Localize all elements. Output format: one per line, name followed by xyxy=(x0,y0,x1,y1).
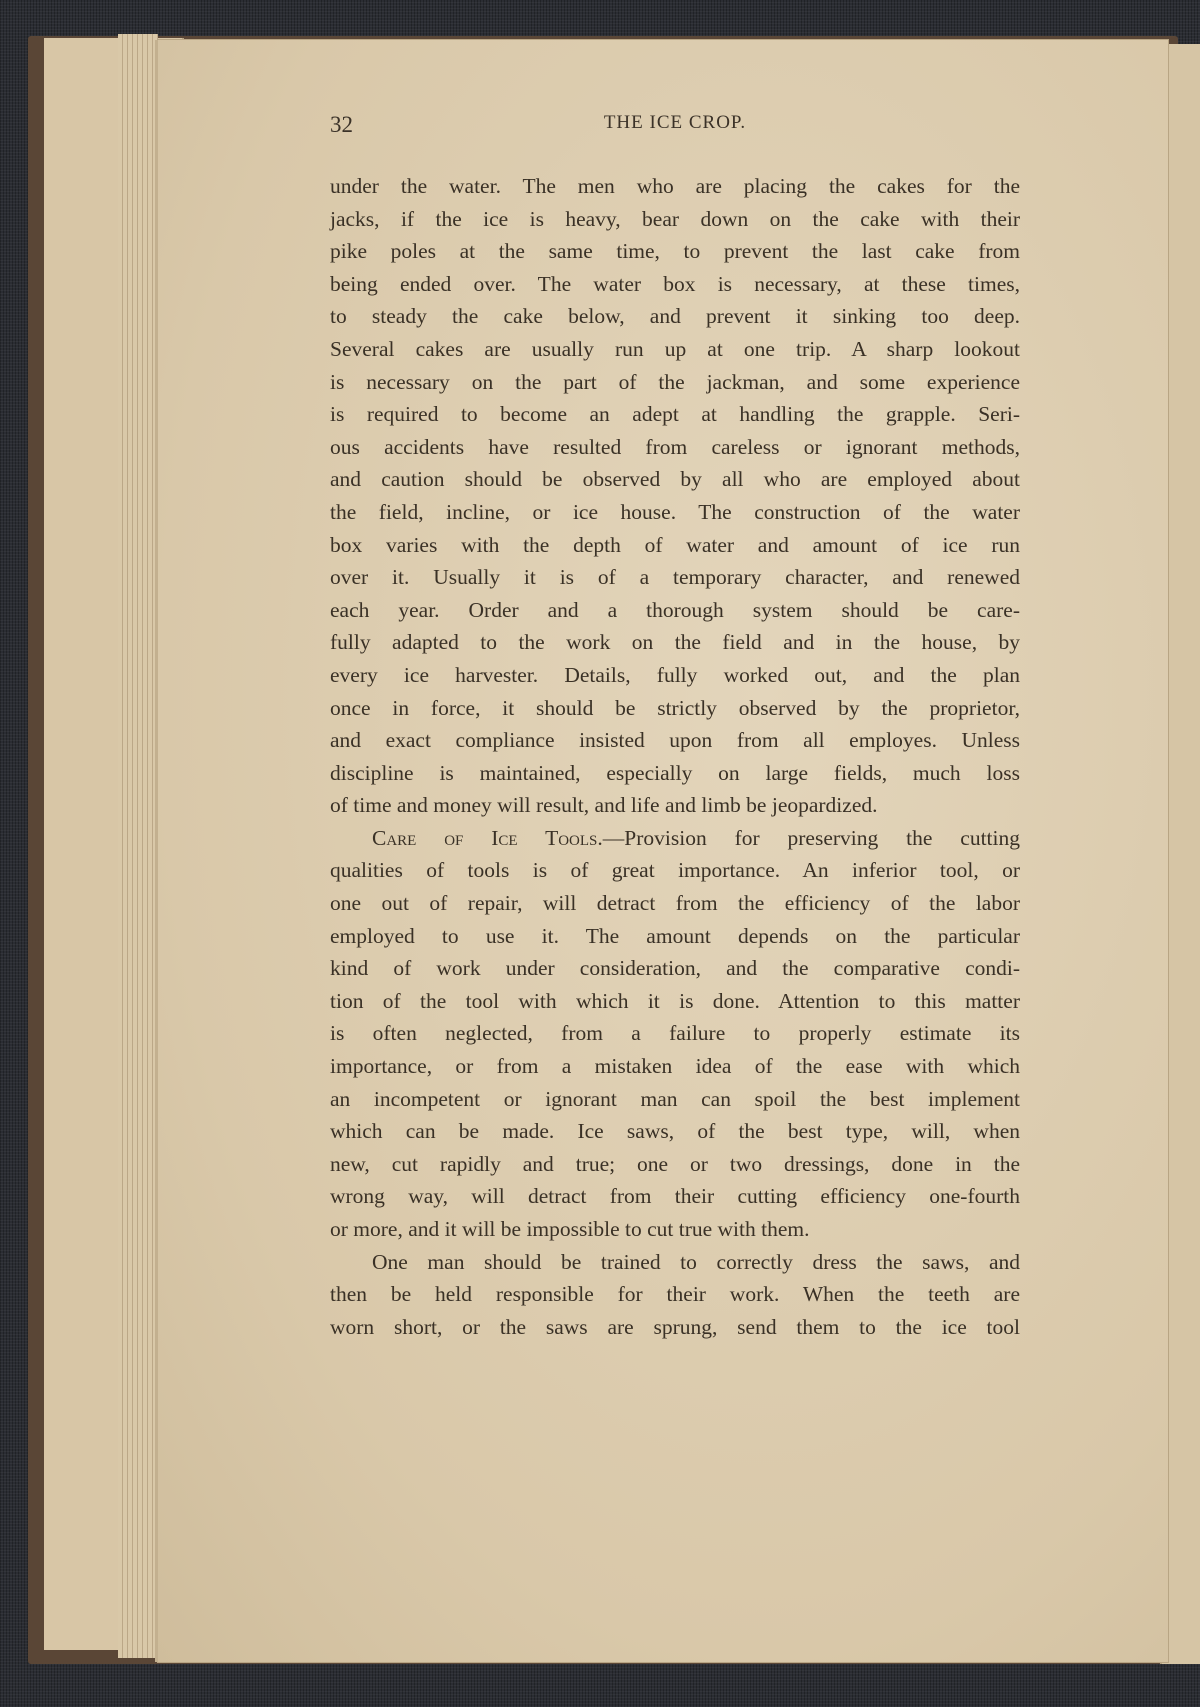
text-line: every ice harvester. Details, fully work… xyxy=(330,659,1020,692)
paragraph-3: One man should be trained to correctly d… xyxy=(330,1246,1020,1344)
text-line: employed to use it. The amount depends o… xyxy=(330,920,1020,953)
text-line: ous accidents have resulted from careles… xyxy=(330,431,1020,464)
text-line: new, cut rapidly and true; one or two dr… xyxy=(330,1148,1020,1181)
text-line: One man should be trained to correctly d… xyxy=(330,1246,1020,1279)
text-line: or more, and it will be impossible to cu… xyxy=(330,1213,1020,1246)
text-line: which can be made. Ice saws, of the best… xyxy=(330,1115,1020,1148)
text-line: wrong way, will detract from their cutti… xyxy=(330,1180,1020,1213)
text-line: Several cakes are usually run up at one … xyxy=(330,333,1020,366)
section-heading: Care of Ice Tools. xyxy=(372,826,603,850)
running-head: THE ICE CROP. xyxy=(330,112,1020,134)
text-line: box varies with the depth of water and a… xyxy=(330,529,1020,562)
text-line: and caution should be observed by all wh… xyxy=(330,463,1020,496)
text-line: once in force, it should be strictly obs… xyxy=(330,692,1020,725)
text-line: Care of Ice Tools.—Provision for preserv… xyxy=(330,822,1020,855)
paragraph-1: under the water. The men who are placing… xyxy=(330,170,1020,822)
text-line: kind of work under consideration, and th… xyxy=(330,952,1020,985)
text-line: pike poles at the same time, to prevent … xyxy=(330,235,1020,268)
body-text: under the water. The men who are placing… xyxy=(330,170,1020,1343)
page-header: 32 THE ICE CROP. xyxy=(330,112,1020,142)
text-line: each year. Order and a thorough system s… xyxy=(330,594,1020,627)
text-line: being ended over. The water box is neces… xyxy=(330,268,1020,301)
text-line: and exact compliance insisted upon from … xyxy=(330,724,1020,757)
text-line: discipline is maintained, especially on … xyxy=(330,757,1020,790)
text-line: one out of repair, will detract from the… xyxy=(330,887,1020,920)
text-line: jacks, if the ice is heavy, bear down on… xyxy=(330,203,1020,236)
text-line: tion of the tool with which it is done. … xyxy=(330,985,1020,1018)
text-line: then be held responsible for their work.… xyxy=(330,1278,1020,1311)
text-line: is necessary on the part of the jackman,… xyxy=(330,366,1020,399)
text-line: importance, or from a mistaken idea of t… xyxy=(330,1050,1020,1083)
text-line: fully adapted to the work on the field a… xyxy=(330,626,1020,659)
text-line: is required to become an adept at handli… xyxy=(330,398,1020,431)
text-line: of time and money will result, and life … xyxy=(330,789,1020,822)
page-stack-edges xyxy=(118,34,158,1658)
text-line: the field, incline, or ice house. The co… xyxy=(330,496,1020,529)
text-line: to steady the cake below, and prevent it… xyxy=(330,300,1020,333)
paragraph-2: Care of Ice Tools.—Provision for preserv… xyxy=(330,822,1020,1246)
text-line: worn short, or the saws are sprung, send… xyxy=(330,1311,1020,1344)
text-line: under the water. The men who are placing… xyxy=(330,170,1020,203)
text-line: is often neglected, from a failure to pr… xyxy=(330,1017,1020,1050)
text-line: qualities of tools is of great importanc… xyxy=(330,854,1020,887)
text-line: over it. Usually it is of a temporary ch… xyxy=(330,561,1020,594)
text-line: an incompetent or ignorant man can spoil… xyxy=(330,1083,1020,1116)
